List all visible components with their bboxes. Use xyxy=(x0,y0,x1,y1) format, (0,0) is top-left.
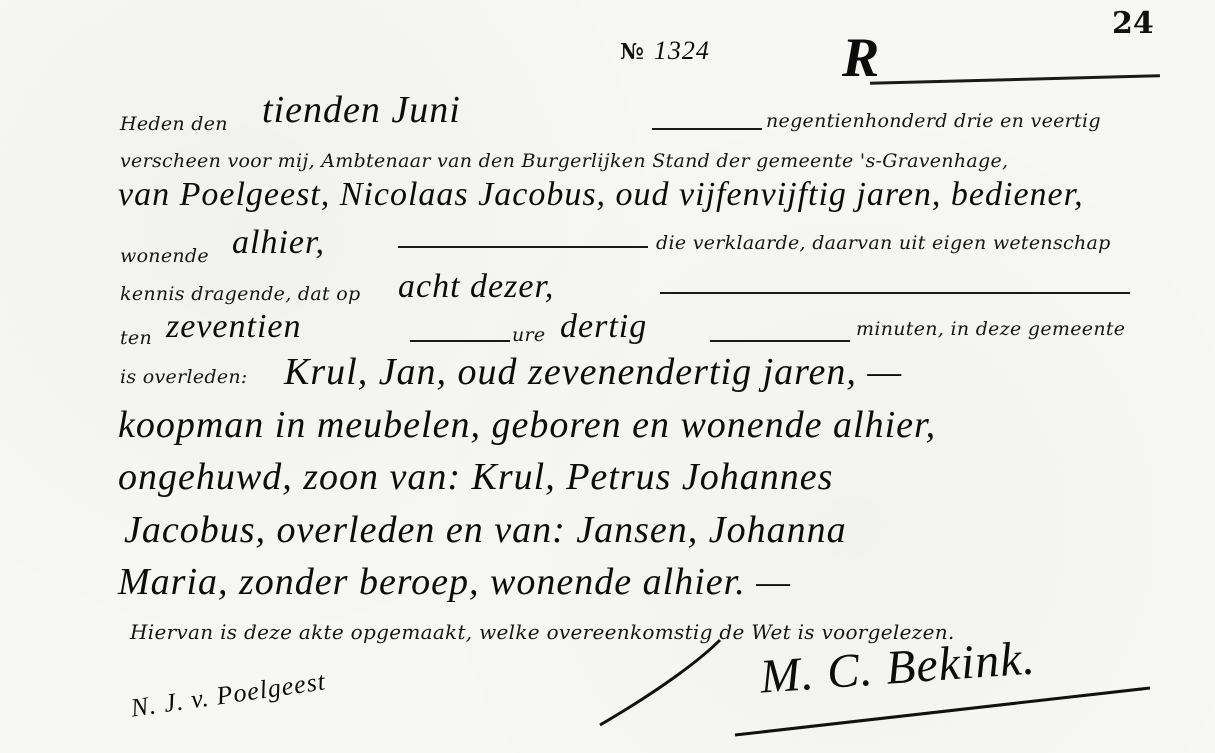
label-verscheen: verscheen voor mij, Ambtenaar van den Bu… xyxy=(120,150,1008,172)
label-wonende: wonende xyxy=(120,245,209,267)
handwritten-date: tienden Juni xyxy=(262,88,461,132)
blank-line xyxy=(710,340,850,342)
label-year: negentienhonderd drie en veertig xyxy=(766,110,1101,132)
register-mark: R xyxy=(842,26,880,90)
label-ten: ten xyxy=(120,327,152,349)
handwritten-father: ongehuwd, zoon van: Krul, Petrus Johanne… xyxy=(118,455,833,499)
blank-line xyxy=(398,246,648,248)
handwritten-deceased: Krul, Jan, oud zevenendertig jaren, — xyxy=(284,350,902,394)
handwritten-mother: Jacobus, overleden en van: Jansen, Johan… xyxy=(124,508,847,552)
blank-line xyxy=(410,340,510,342)
label-heden-den: Heden den xyxy=(120,113,228,135)
label-verklaarde: die verklaarde, daarvan uit eigen wetens… xyxy=(656,232,1111,254)
handwritten-hour: zeventien xyxy=(166,308,302,346)
act-number: № 1324 xyxy=(620,36,710,66)
handwritten-declarant: van Poelgeest, Nicolaas Jacobus, oud vij… xyxy=(118,176,1084,214)
handwritten-day: acht dezer, xyxy=(398,268,554,306)
label-is-overleden: is overleden: xyxy=(120,366,248,388)
blank-line xyxy=(660,292,1130,294)
handwritten-occupation: koopman in meubelen, geboren en wonende … xyxy=(118,403,936,447)
declarant-signature: N. J. v. Poelgeest xyxy=(129,666,328,723)
act-number-value: 1324 xyxy=(654,36,710,65)
handwritten-residence: alhier, xyxy=(232,224,325,262)
label-ure: ure xyxy=(512,324,545,346)
handwritten-mother-details: Maria, zonder beroep, wonende alhier. — xyxy=(118,560,791,604)
act-number-symbol: № xyxy=(620,39,644,65)
closing-statement: Hiervan is deze akte opgemaakt, welke ov… xyxy=(130,620,955,644)
blank-line xyxy=(652,128,762,130)
handwritten-minutes: dertig xyxy=(560,308,647,346)
page-number: 24 xyxy=(1112,6,1154,41)
label-kennis-dragende: kennis dragende, dat op xyxy=(120,283,360,305)
register-mark-underline xyxy=(870,74,1160,85)
label-minuten: minuten, in deze gemeente xyxy=(856,318,1125,340)
